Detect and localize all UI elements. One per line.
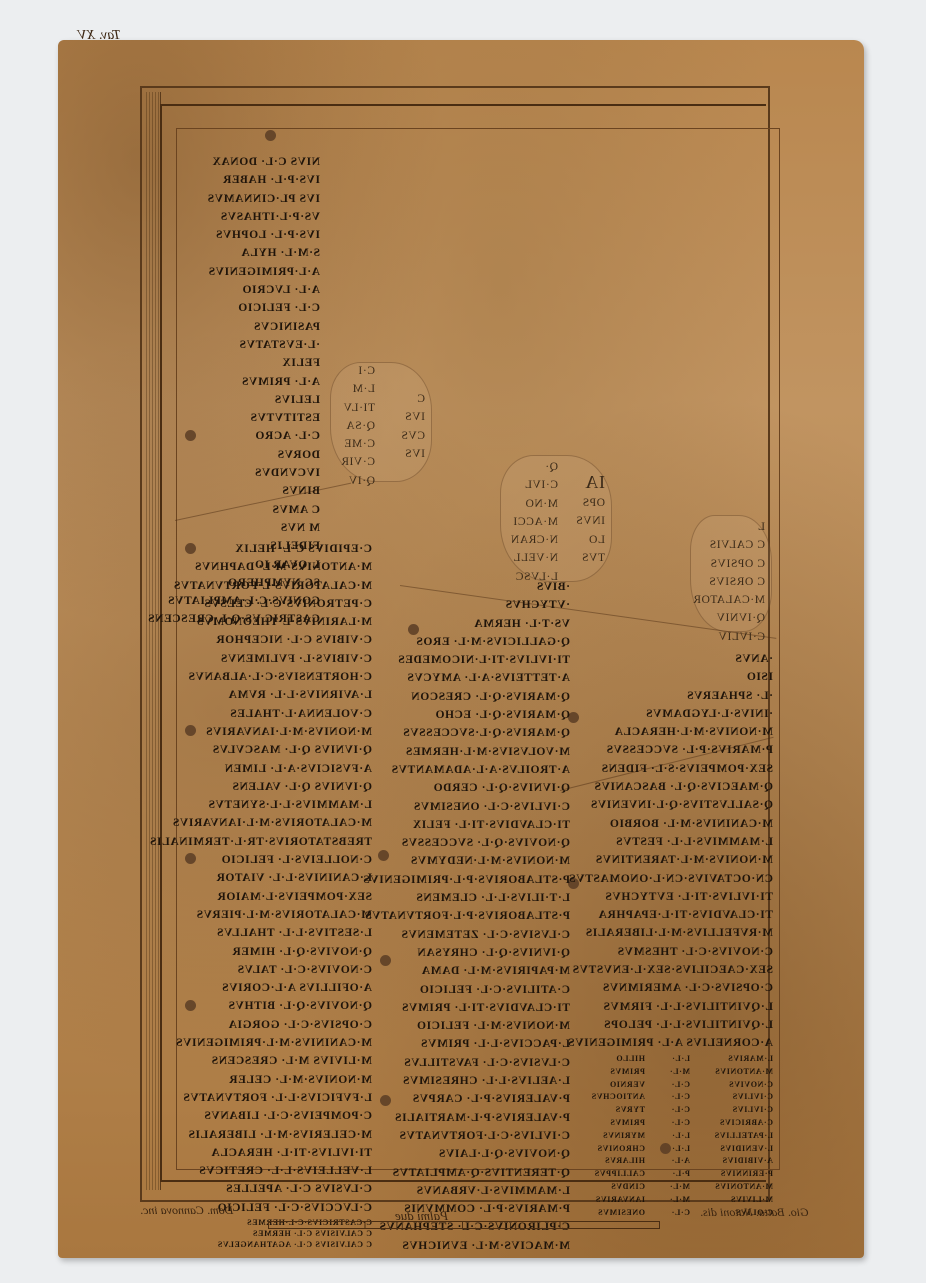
inscription-column-3: ·ANVSISIO·L· SPHAERVS·INIVS·L·LYGDAMVSM·… — [585, 650, 773, 1053]
rivet-hole — [265, 130, 276, 141]
small-names-mid: L·L·M·L·C·L·C·L·C·L·C·L·L·L·L·L·A·L·P·L·… — [660, 1053, 690, 1219]
plate-number-label: Tav. XV — [78, 28, 121, 44]
fragment-d-text: IAOPSINVSLOTVS — [565, 470, 605, 567]
inscription-column-1: C·EPIDIVS C·L· HELIXM·ANTONIVS·M·L· DAPH… — [192, 540, 372, 1250]
hatched-frame-band — [146, 92, 161, 1190]
small-names-right: HILLOPRIMVSVERNIOANTIOCHVSTYRVSPRIMVSMYR… — [585, 1053, 645, 1219]
rivet-hole — [380, 955, 391, 966]
fragment-c-text: Q·C·IVLM·NOM·ACCIN·CRANN·VELLL·LVSC — [508, 458, 558, 586]
engraver-caption: Dom. Cannova inc. — [140, 1203, 233, 1218]
rivet-hole — [185, 430, 196, 441]
draughtsman-caption: Gio. Batta. Natoni dis. — [700, 1205, 809, 1220]
rivet-hole — [380, 1095, 391, 1106]
rivet-hole — [378, 850, 389, 861]
small-names-left: L·MARIVSM·ANTONIVSC·NOVIVSC·IVLIVSC·IVLI… — [705, 1053, 773, 1219]
fragment-b-text: CIVSCVSIVS — [385, 390, 425, 463]
fragment-e-text: LC CALVISC OPSIVSC ORSIVSM·CALATORQ·IVNI… — [695, 518, 765, 646]
fragment-a-text: C·IL·MTI·LVQ·SAC·MEC·VIRQ·IV — [335, 362, 375, 490]
inscription-column-2: ·BIVS·VTYCHVSVS·T·L· HERMAQ·GALLICIVS·M·… — [398, 578, 570, 1255]
scale-bar — [268, 1221, 660, 1229]
